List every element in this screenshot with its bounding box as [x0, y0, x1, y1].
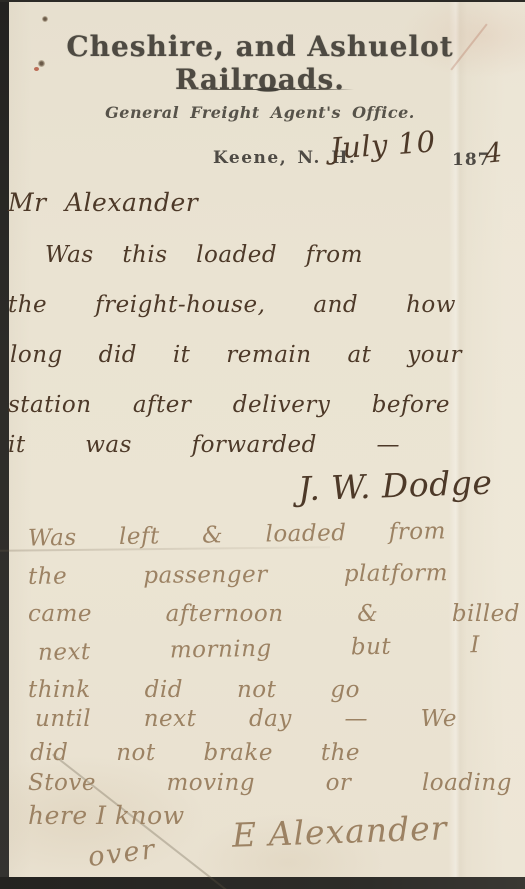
- pencil-line: cameafternoon&billed: [28, 601, 520, 627]
- ink-line: thefreight-house,andhow: [8, 292, 456, 318]
- divider-ornament: [182, 86, 354, 93]
- pencil-line: thinkdidnotgo: [28, 677, 360, 703]
- pencil-line: didnotbrakethe: [30, 740, 360, 766]
- salutation: Mr Alexander: [8, 188, 198, 217]
- ink-line: stationafterdeliverybefore: [8, 392, 450, 418]
- office-line: General Freight Agent's Office.: [20, 103, 500, 122]
- pinhole: [42, 16, 48, 22]
- dodge-signature: J. W. Dodge: [297, 463, 493, 509]
- handwritten-year-digit: 4: [483, 137, 504, 170]
- ink-line: Wasthisloadedfrom: [45, 242, 363, 268]
- ink-line: longdiditremainatyour: [10, 342, 462, 368]
- handwritten-date: July 10: [329, 124, 437, 165]
- scanned-letter-page: Cheshire, and Ashuelot Railroads. Genera…: [0, 0, 525, 889]
- pencil-line: Stovemovingorloading: [28, 770, 512, 796]
- alexander-signature: E Alexander: [231, 808, 448, 854]
- pencil-line: untilnextday—We: [35, 706, 457, 732]
- pencil-line: here I know: [28, 801, 250, 830]
- ink-line: itwasforwarded—: [8, 432, 400, 458]
- pencil-line: nextmorningbutI: [38, 632, 480, 666]
- pencil-line: thepassengerplatform: [28, 560, 448, 590]
- over-note: over: [86, 834, 158, 873]
- scan-edge-top: [0, 0, 525, 2]
- scan-edge-bottom: [0, 877, 525, 889]
- pencil-line: Wasleft&loadedfrom: [28, 518, 446, 551]
